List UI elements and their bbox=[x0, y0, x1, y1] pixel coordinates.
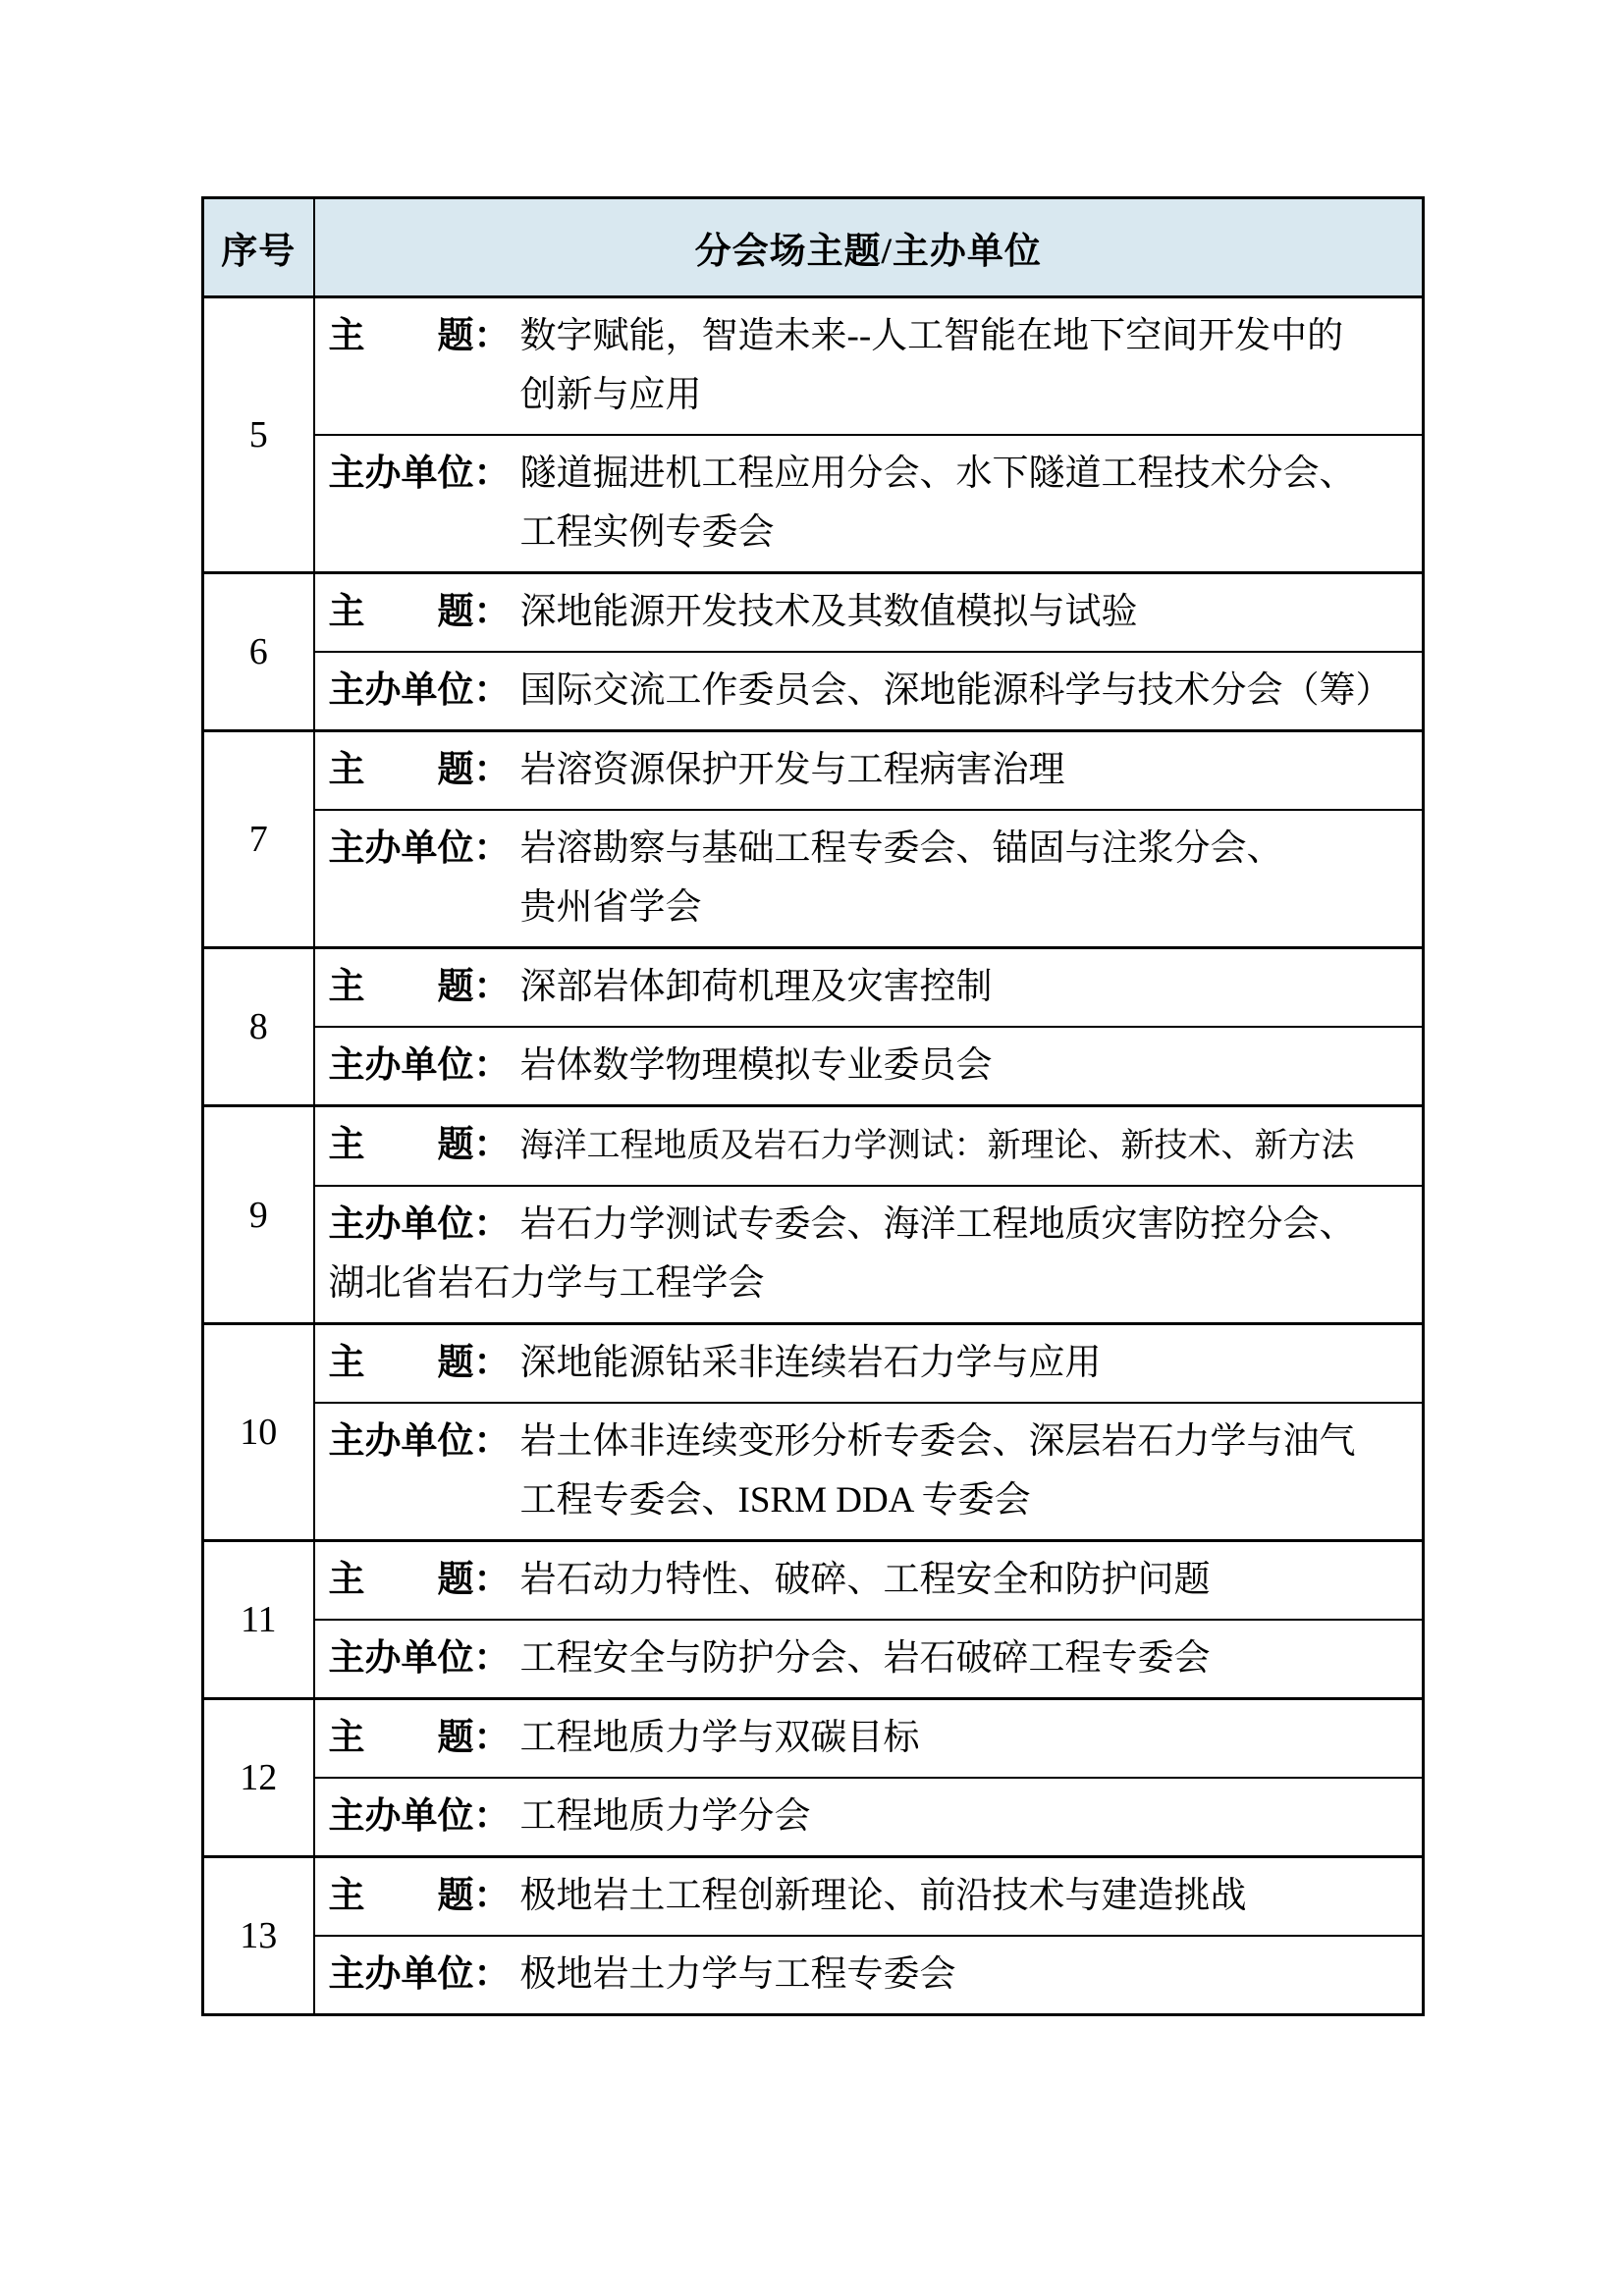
topic-cell: 主题：海洋工程地质及岩石力学测试：新理论、新技术、新方法 bbox=[314, 1106, 1424, 1187]
table-row: 8主题：深部岩体卸荷机理及灾害控制 bbox=[203, 948, 1424, 1028]
organizer-cell: 主办单位：国际交流工作委员会、深地能源科学与技术分会（筹） bbox=[314, 652, 1424, 731]
label-colon: ： bbox=[474, 1718, 511, 1758]
organizer-text: 工程安全与防护分会、岩石破碎工程专委会 bbox=[520, 1638, 1211, 1679]
organizer-label: 主办单位 bbox=[329, 1037, 474, 1095]
table-row: 主办单位：岩石力学测试专委会、海洋工程地质灾害防控分会、湖北省岩石力学与工程学会 bbox=[203, 1186, 1424, 1324]
label-colon: ： bbox=[474, 1560, 511, 1600]
organizer-first-line: 主办单位：工程地质力学分会 bbox=[329, 1788, 1411, 1846]
topic-text: 岩石动力特性、破碎、工程安全和防护问题 bbox=[520, 1560, 1211, 1600]
organizer-first-line: 主办单位：岩土体非连续变形分析专委会、深层岩石力学与油气 bbox=[329, 1413, 1411, 1471]
organizer-cell: 主办单位：岩石力学测试专委会、海洋工程地质灾害防控分会、湖北省岩石力学与工程学会 bbox=[314, 1186, 1424, 1324]
organizer-label: 主办单位 bbox=[329, 662, 474, 721]
label-colon: ： bbox=[474, 1876, 511, 1916]
table-header-row: 序号 分会场主题/主办单位 bbox=[203, 198, 1424, 297]
organizer-text: 工程地质力学分会 bbox=[520, 1796, 811, 1837]
organizer-label: 主办单位 bbox=[329, 1413, 474, 1471]
topic-cell: 主题：工程地质力学与双碳目标 bbox=[314, 1699, 1424, 1779]
topic-label: 主题 bbox=[329, 741, 474, 800]
topic-text: 岩溶资源保护开发与工程病害治理 bbox=[520, 750, 1065, 790]
header-cell-topic-organizer: 分会场主题/主办单位 bbox=[314, 198, 1424, 297]
label-colon: ： bbox=[474, 1204, 511, 1245]
organizer-first-line: 主办单位：隧道掘进机工程应用分会、水下隧道工程技术分会、 bbox=[329, 445, 1411, 504]
table-row: 5主题：数字赋能，智造未来--人工智能在地下空间开发中的创新与应用 bbox=[203, 297, 1424, 436]
topic-first-line: 主题：岩石动力特性、破碎、工程安全和防护问题 bbox=[329, 1551, 1411, 1610]
organizer-text: 隧道掘进机工程应用分会、水下隧道工程技术分会、 bbox=[520, 454, 1356, 494]
topic-first-line: 主题：岩溶资源保护开发与工程病害治理 bbox=[329, 741, 1411, 800]
organizer-cell: 主办单位：岩土体非连续变形分析专委会、深层岩石力学与油气工程专委会、ISRM D… bbox=[314, 1403, 1424, 1541]
topic-cell: 主题：深地能源钻采非连续岩石力学与应用 bbox=[314, 1324, 1424, 1404]
row-number-cell: 8 bbox=[203, 948, 314, 1106]
label-colon: ： bbox=[474, 967, 511, 1007]
row-number-cell: 12 bbox=[203, 1699, 314, 1857]
organizer-text: 岩溶勘察与基础工程专委会、锚固与注浆分会、 bbox=[520, 828, 1283, 869]
topic-text-continuation: 创新与应用 bbox=[520, 366, 1411, 425]
label-colon: ： bbox=[474, 1421, 511, 1462]
organizer-first-line: 主办单位：国际交流工作委员会、深地能源科学与技术分会（筹） bbox=[329, 662, 1411, 721]
organizer-label: 主办单位 bbox=[329, 1629, 474, 1688]
table-row: 主办单位：极地岩土力学与工程专委会 bbox=[203, 1936, 1424, 2015]
label-colon: ： bbox=[474, 1638, 511, 1679]
table-row: 主办单位：工程地质力学分会 bbox=[203, 1778, 1424, 1857]
organizer-text-continuation: 贵州省学会 bbox=[520, 879, 1411, 937]
label-colon: ： bbox=[474, 1125, 511, 1165]
label-colon: ： bbox=[474, 1954, 511, 1995]
topic-cell: 主题：数字赋能，智造未来--人工智能在地下空间开发中的创新与应用 bbox=[314, 297, 1424, 436]
table-row: 10主题：深地能源钻采非连续岩石力学与应用 bbox=[203, 1324, 1424, 1404]
table-row: 9主题：海洋工程地质及岩石力学测试：新理论、新技术、新方法 bbox=[203, 1106, 1424, 1187]
organizer-first-line: 主办单位：岩溶勘察与基础工程专委会、锚固与注浆分会、 bbox=[329, 820, 1411, 879]
table-row: 主办单位：隧道掘进机工程应用分会、水下隧道工程技术分会、工程实例专委会 bbox=[203, 435, 1424, 573]
organizer-text-continuation: 工程实例专委会 bbox=[520, 504, 1411, 562]
organizer-text: 岩体数学物理模拟专业委员会 bbox=[520, 1045, 993, 1086]
label-colon: ： bbox=[474, 828, 511, 869]
label-colon: ： bbox=[474, 1045, 511, 1086]
topic-cell: 主题：岩石动力特性、破碎、工程安全和防护问题 bbox=[314, 1541, 1424, 1621]
row-number-cell: 11 bbox=[203, 1541, 314, 1699]
organizer-text: 国际交流工作委员会、深地能源科学与技术分会（筹） bbox=[520, 670, 1392, 711]
organizer-cell: 主办单位：岩体数学物理模拟专业委员会 bbox=[314, 1027, 1424, 1106]
topic-text: 工程地质力学与双碳目标 bbox=[520, 1718, 920, 1758]
session-table: 序号 分会场主题/主办单位 5主题：数字赋能，智造未来--人工智能在地下空间开发… bbox=[201, 196, 1425, 2016]
organizer-label: 主办单位 bbox=[329, 820, 474, 879]
topic-label: 主题 bbox=[329, 1709, 474, 1768]
table-row: 7主题：岩溶资源保护开发与工程病害治理 bbox=[203, 731, 1424, 811]
topic-text: 深地能源开发技术及其数值模拟与试验 bbox=[520, 592, 1138, 632]
organizer-cell: 主办单位：岩溶勘察与基础工程专委会、锚固与注浆分会、贵州省学会 bbox=[314, 810, 1424, 948]
organizer-text-continuation: 工程专委会、ISRM DDA 专委会 bbox=[520, 1471, 1411, 1530]
label-colon: ： bbox=[474, 670, 511, 711]
table-row: 主办单位：岩土体非连续变形分析专委会、深层岩石力学与油气工程专委会、ISRM D… bbox=[203, 1403, 1424, 1541]
topic-text: 海洋工程地质及岩石力学测试：新理论、新技术、新方法 bbox=[520, 1128, 1355, 1164]
topic-first-line: 主题：工程地质力学与双碳目标 bbox=[329, 1709, 1411, 1768]
topic-text: 深部岩体卸荷机理及灾害控制 bbox=[520, 967, 993, 1007]
table-row: 13主题：极地岩土工程创新理论、前沿技术与建造挑战 bbox=[203, 1857, 1424, 1937]
topic-text: 极地岩土工程创新理论、前沿技术与建造挑战 bbox=[520, 1876, 1247, 1916]
organizer-text: 岩石力学测试专委会、海洋工程地质灾害防控分会、 bbox=[520, 1204, 1356, 1245]
topic-cell: 主题：深地能源开发技术及其数值模拟与试验 bbox=[314, 573, 1424, 653]
topic-first-line: 主题：深部岩体卸荷机理及灾害控制 bbox=[329, 958, 1411, 1017]
label-colon: ： bbox=[474, 454, 511, 494]
table-row: 主办单位：工程安全与防护分会、岩石破碎工程专委会 bbox=[203, 1620, 1424, 1699]
organizer-first-line: 主办单位：极地岩土力学与工程专委会 bbox=[329, 1946, 1411, 2004]
topic-text: 深地能源钻采非连续岩石力学与应用 bbox=[520, 1343, 1102, 1383]
topic-cell: 主题：极地岩土工程创新理论、前沿技术与建造挑战 bbox=[314, 1857, 1424, 1937]
label-colon: ： bbox=[474, 316, 511, 356]
topic-label: 主题 bbox=[329, 1551, 474, 1610]
topic-text: 数字赋能，智造未来--人工智能在地下空间开发中的 bbox=[520, 316, 1344, 356]
topic-label: 主题 bbox=[329, 583, 474, 642]
row-number-cell: 10 bbox=[203, 1324, 314, 1541]
topic-first-line: 主题：海洋工程地质及岩石力学测试：新理论、新技术、新方法 bbox=[329, 1116, 1411, 1176]
topic-cell: 主题：深部岩体卸荷机理及灾害控制 bbox=[314, 948, 1424, 1028]
table-row: 12主题：工程地质力学与双碳目标 bbox=[203, 1699, 1424, 1779]
organizer-label: 主办单位 bbox=[329, 1196, 474, 1255]
row-number-cell: 5 bbox=[203, 297, 314, 573]
table-row: 主办单位：岩溶勘察与基础工程专委会、锚固与注浆分会、贵州省学会 bbox=[203, 810, 1424, 948]
organizer-cell: 主办单位：极地岩土力学与工程专委会 bbox=[314, 1936, 1424, 2015]
topic-first-line: 主题：深地能源开发技术及其数值模拟与试验 bbox=[329, 583, 1411, 642]
label-colon: ： bbox=[474, 592, 511, 632]
topic-label: 主题 bbox=[329, 307, 474, 366]
label-colon: ： bbox=[474, 750, 511, 790]
organizer-cell: 主办单位：工程安全与防护分会、岩石破碎工程专委会 bbox=[314, 1620, 1424, 1699]
row-number-cell: 7 bbox=[203, 731, 314, 948]
organizer-text-continuation: 湖北省岩石力学与工程学会 bbox=[329, 1255, 1411, 1313]
topic-label: 主题 bbox=[329, 958, 474, 1017]
row-number-cell: 13 bbox=[203, 1857, 314, 2015]
document-page: 序号 分会场主题/主办单位 5主题：数字赋能，智造未来--人工智能在地下空间开发… bbox=[0, 0, 1624, 2296]
organizer-first-line: 主办单位：工程安全与防护分会、岩石破碎工程专委会 bbox=[329, 1629, 1411, 1688]
table-row: 6主题：深地能源开发技术及其数值模拟与试验 bbox=[203, 573, 1424, 653]
topic-first-line: 主题：数字赋能，智造未来--人工智能在地下空间开发中的 bbox=[329, 307, 1411, 366]
topic-label: 主题 bbox=[329, 1334, 474, 1393]
row-number-cell: 6 bbox=[203, 573, 314, 731]
topic-cell: 主题：岩溶资源保护开发与工程病害治理 bbox=[314, 731, 1424, 811]
table-row: 主办单位：岩体数学物理模拟专业委员会 bbox=[203, 1027, 1424, 1106]
header-cell-number: 序号 bbox=[203, 198, 314, 297]
topic-label: 主题 bbox=[329, 1116, 474, 1175]
label-colon: ： bbox=[474, 1343, 511, 1383]
organizer-label: 主办单位 bbox=[329, 1788, 474, 1846]
organizer-text: 岩土体非连续变形分析专委会、深层岩石力学与油气 bbox=[520, 1421, 1356, 1462]
topic-first-line: 主题：深地能源钻采非连续岩石力学与应用 bbox=[329, 1334, 1411, 1393]
table-row: 11主题：岩石动力特性、破碎、工程安全和防护问题 bbox=[203, 1541, 1424, 1621]
organizer-first-line: 主办单位：岩体数学物理模拟专业委员会 bbox=[329, 1037, 1411, 1095]
topic-first-line: 主题：极地岩土工程创新理论、前沿技术与建造挑战 bbox=[329, 1867, 1411, 1926]
organizer-label: 主办单位 bbox=[329, 445, 474, 504]
row-number-cell: 9 bbox=[203, 1106, 314, 1324]
topic-label: 主题 bbox=[329, 1867, 474, 1926]
organizer-first-line: 主办单位：岩石力学测试专委会、海洋工程地质灾害防控分会、 bbox=[329, 1196, 1411, 1255]
organizer-label: 主办单位 bbox=[329, 1946, 474, 2004]
organizer-text: 极地岩土力学与工程专委会 bbox=[520, 1954, 956, 1995]
label-colon: ： bbox=[474, 1796, 511, 1837]
organizer-cell: 主办单位：隧道掘进机工程应用分会、水下隧道工程技术分会、工程实例专委会 bbox=[314, 435, 1424, 573]
organizer-cell: 主办单位：工程地质力学分会 bbox=[314, 1778, 1424, 1857]
table-row: 主办单位：国际交流工作委员会、深地能源科学与技术分会（筹） bbox=[203, 652, 1424, 731]
